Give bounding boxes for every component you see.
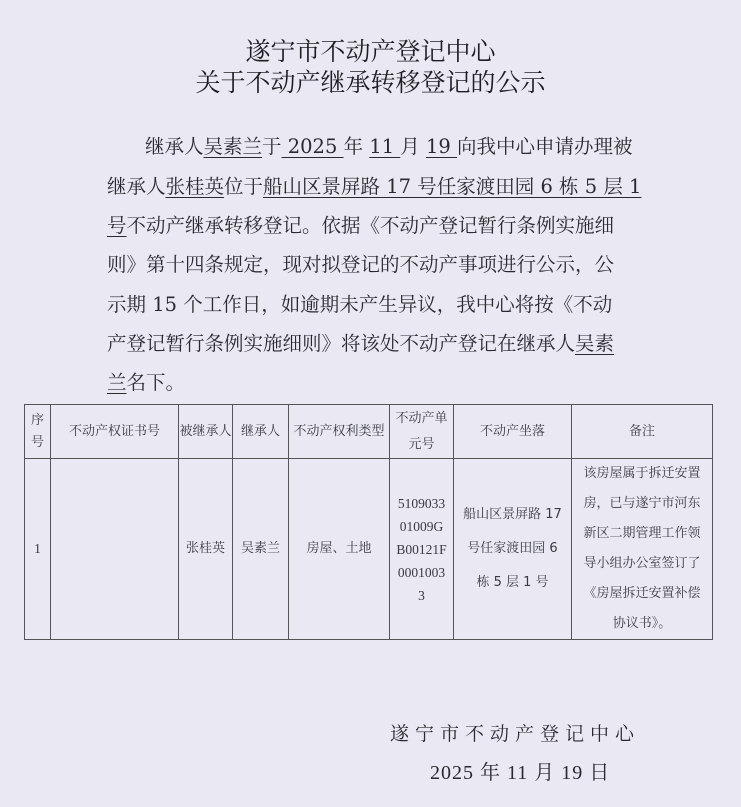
text-span: 继承人	[145, 135, 204, 158]
header-remark: 备注	[572, 405, 713, 459]
underlined-field: 2025	[282, 135, 344, 158]
notice-line: 示期 15 个工作日，如逾期未产生异议，我中心将按《不动	[107, 289, 612, 317]
text-span: 月	[400, 135, 426, 158]
header-location: 不动产坐落	[454, 405, 572, 459]
text-span: 年	[344, 135, 370, 158]
underlined-field: 吴素	[575, 332, 614, 355]
notice-line: 继承人张桂英位于船山区景屏路 17 号任家渡田园 6 栋 5 层 1	[107, 171, 641, 199]
notice-line: 产登记暂行条例实施细则》将该处不动产登记在继承人吴素	[107, 328, 614, 356]
notice-line: 号不动产继承转移登记。依据《不动产登记暂行条例实施细	[107, 210, 614, 238]
header-seq: 序号	[25, 405, 51, 459]
notice-line: 兰名下。	[107, 367, 185, 395]
table-row: 1 张桂英 吴素兰 房屋、土地 510903301009GB00121F0001…	[25, 459, 713, 640]
header-cert-no: 不动产权证书号	[51, 405, 179, 459]
notice-line: 则》第十四条规定，现对拟登记的不动产事项进行公示，公	[107, 249, 614, 277]
header-heir: 继承人	[233, 405, 289, 459]
cell-cert-no	[51, 459, 179, 640]
text-span: 向我中心申请办理被	[457, 135, 633, 158]
property-table: 序号 不动产权证书号 被继承人 继承人 不动产权利类型 不动产单元号 不动产坐落…	[24, 404, 713, 640]
text-span: 于	[262, 135, 282, 158]
text-span: 产登记暂行条例实施细则》将该处不动产登记在继承人	[107, 332, 575, 355]
underlined-field: 张桂英	[166, 175, 225, 198]
cell-unit-no: 510903301009GB00121F00010033	[390, 459, 454, 640]
underlined-field: 号	[107, 214, 127, 237]
underlined-field: 兰	[107, 371, 127, 394]
cell-remark: 该房屋属于拆迁安置房，已与遂宁市河东新区二期管理工作领导小组办公室签订了《房屋拆…	[572, 459, 713, 640]
text-span: 则》第十四条规定，现对拟登记的不动产事项进行公示，公	[107, 253, 614, 276]
cell-location: 船山区景屏路 17 号任家渡田园 6 栋 5 层 1 号	[454, 459, 572, 640]
title-line-2: 关于不动产继承转移登记的公示	[0, 63, 741, 99]
header-unit-no: 不动产单元号	[390, 405, 454, 459]
underlined-field: 19	[426, 135, 457, 158]
underlined-field: 船山区景屏路 17 号任家渡田园 6 栋 5 层 1	[263, 175, 641, 198]
cell-right-type: 房屋、土地	[289, 459, 390, 640]
underlined-field: 吴素兰	[204, 135, 263, 158]
notice-line: 继承人吴素兰于 2025 年 11 月 19 向我中心申请办理被	[145, 131, 633, 159]
cell-decedent: 张桂英	[179, 459, 233, 640]
header-right-type: 不动产权利类型	[289, 405, 390, 459]
header-decedent: 被继承人	[179, 405, 233, 459]
table-header-row: 序号 不动产权证书号 被继承人 继承人 不动产权利类型 不动产单元号 不动产坐落…	[25, 405, 713, 459]
underlined-field: 11	[369, 135, 400, 158]
text-span: 不动产继承转移登记。依据《不动产登记暂行条例实施细	[127, 214, 615, 237]
signature-org: 遂宁市不动产登记中心	[390, 719, 640, 746]
cell-heir: 吴素兰	[233, 459, 289, 640]
cell-seq: 1	[25, 459, 51, 640]
text-span: 示期 15 个工作日，如逾期未产生异议，我中心将按《不动	[107, 293, 612, 316]
text-span: 继承人	[107, 175, 166, 198]
text-span: 位于	[224, 175, 263, 198]
text-span: 名下。	[127, 371, 186, 394]
signature-date: 2025 年 11 月 19 日	[430, 756, 610, 785]
